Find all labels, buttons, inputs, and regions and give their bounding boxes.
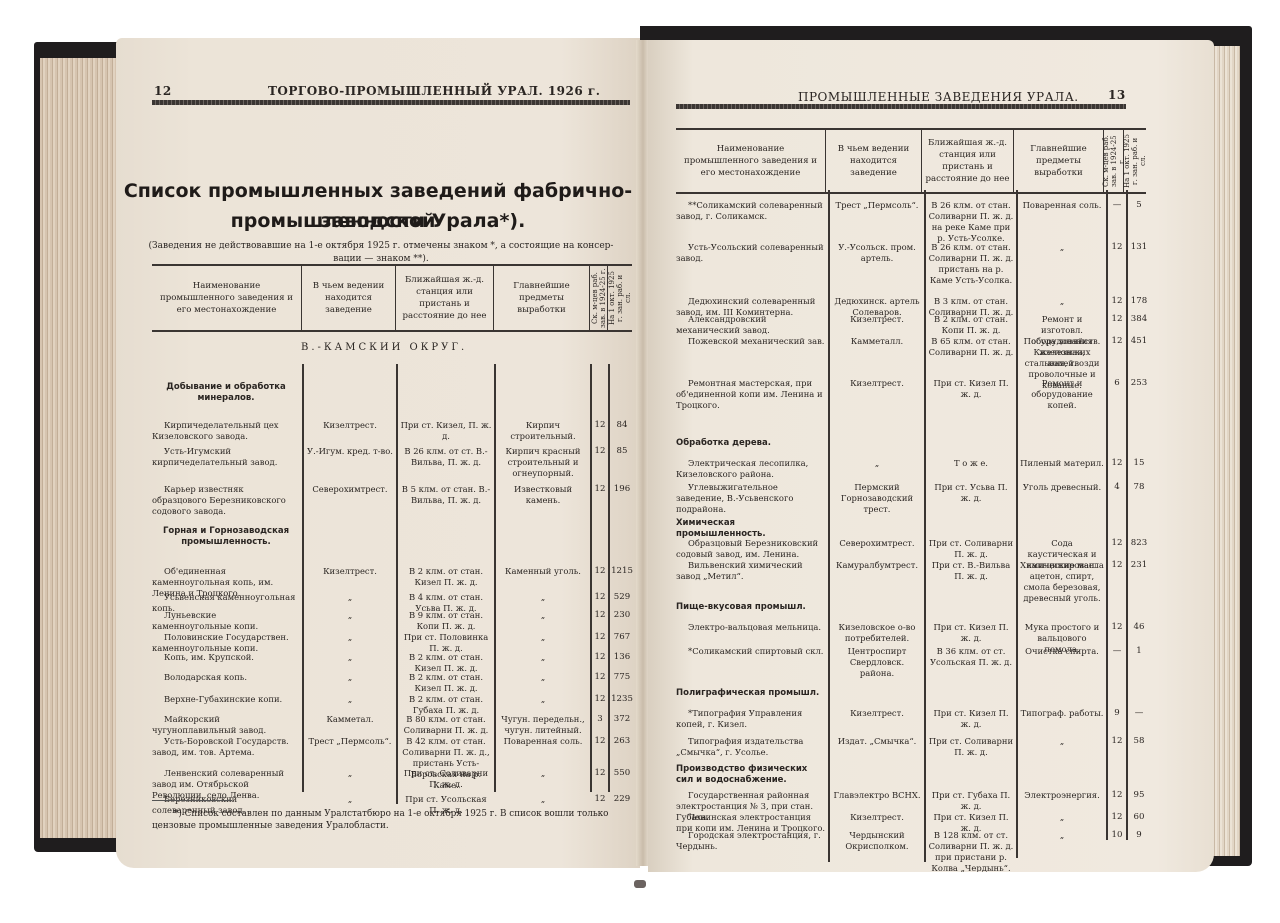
owner: Камметал. [306, 714, 394, 725]
establishment-name: Углевыжигательное заведение, В.-Усьвенск… [676, 482, 826, 515]
workers-count: 1215 [610, 566, 634, 577]
section-heading: Обработка дерева. [676, 438, 826, 449]
establishment-name: Пожевской механический зав. [676, 336, 826, 347]
workers-count: 131 [1128, 242, 1150, 253]
establishment-name: Луньевские каменноугольные копи. [152, 610, 298, 632]
section-heading: Горная и Горнозаводская промышленность. [152, 526, 300, 548]
footnote-rule [152, 800, 232, 801]
nearest-station: В 2 клм. от стан. Кизел П. ж. д. [400, 652, 492, 674]
establishment-name: *Типография Управления копей, г. Кизел. [676, 708, 826, 730]
footnote: *) Список составлен по данным Уралстатбю… [152, 808, 622, 832]
months-worked: 4 [1108, 482, 1126, 493]
products: Типограф. работы. [1020, 708, 1104, 719]
col-owner-header: В чьем ведении находится заведение [826, 130, 922, 192]
months-worked: 12 [592, 484, 608, 495]
page-number: 12 [154, 84, 172, 98]
page-title-2: промышленности Урала*). [116, 206, 640, 236]
col-months-header: Ск. м-цев раб. зав. в 1924-25 г. [1102, 132, 1126, 190]
workers-count: 15 [1128, 458, 1150, 469]
owner: Кизеловское о-во потребителей. [832, 622, 922, 644]
months-worked: 12 [592, 694, 608, 705]
workers-count: 823 [1128, 538, 1150, 549]
column-rule [1016, 190, 1018, 858]
products: Поваренная соль. [1020, 200, 1104, 211]
establishment-name: Верхне-Губахинские копи. [152, 694, 298, 705]
products: „ [1020, 830, 1104, 841]
establishment-name: Городская электростанция, г. Чердынь. [676, 830, 826, 852]
subtitle: (Заведения не действовавшие на 1-е октяб… [146, 240, 616, 266]
owner: У.-Игум. кред. т-во. [306, 446, 394, 457]
column-rule [302, 364, 304, 792]
workers-count: 384 [1128, 314, 1150, 325]
workers-count: 196 [610, 484, 634, 495]
months-worked: 3 [592, 714, 608, 725]
owner: „ [832, 458, 922, 469]
col-name-header: Наименование промышленного заведения и е… [152, 266, 302, 330]
nearest-station: В 2 клм. от стан. Губаха П. ж. д. [400, 694, 492, 716]
owner: Северохимтрест. [832, 538, 922, 549]
owner: „ [306, 794, 394, 805]
months-worked: 12 [1108, 538, 1126, 549]
left-page: 12 ТОРГОВО-ПРОМЫШЛЕННЫЙ УРАЛ. 1926 г. Сп… [116, 38, 640, 868]
col-months-header: Ск. м-цев раб. зав. в 1924-25 г. [591, 268, 607, 328]
workers-count: 767 [610, 632, 634, 643]
running-head: ПРОМЫШЛЕННЫЕ ЗАВЕДЕНИЯ УРАЛА. [798, 90, 1079, 104]
months-worked: 12 [1108, 560, 1126, 571]
footnote-line: *) Список составлен по данным Уралстатбю… [152, 808, 622, 820]
establishment-name: Электро-вальцовая мельница. [676, 622, 826, 633]
owner: Кизелтрест. [306, 420, 394, 431]
months-worked: 12 [1108, 812, 1126, 823]
products: Чугун. передельн., чугун. литейный. [498, 714, 588, 736]
months-worked: 6 [1108, 378, 1126, 389]
col-station-header: Ближайшая ж.-д. станция или пристань и р… [396, 266, 494, 330]
months-worked: 12 [1108, 458, 1126, 469]
months-worked: 12 [592, 652, 608, 663]
establishment-name: Копь, им. Крупской. [152, 652, 298, 663]
months-worked: 12 [592, 672, 608, 683]
workers-count: 1235 [610, 694, 634, 705]
workers-count: 60 [1128, 812, 1150, 823]
months-worked: 12 [592, 632, 608, 643]
months-worked: 12 [592, 794, 608, 805]
col-products-header: Главнейшие предметы выработки [494, 266, 590, 330]
nearest-station: При ст. Губаха П. ж. д. [928, 790, 1014, 812]
nearest-station: При ст. Соливарни П. ж. д. [400, 768, 492, 790]
products: „ [1020, 296, 1104, 307]
section-heading: Химическая промышленность. [676, 518, 826, 540]
nearest-station: При ст. Половинка П. ж. д. [400, 632, 492, 654]
col-workers-header: На 1 окт. 1925 г. зан. раб. и сл. [1123, 132, 1147, 190]
nearest-station: В 80 клм. от стан. Соливарни П. ж. д. [400, 714, 492, 736]
nearest-station: При ст. Усьва П. ж. д. [928, 482, 1014, 504]
workers-count: 136 [610, 652, 634, 663]
nearest-station: При ст. В.-Вильва П. ж. д. [928, 560, 1014, 582]
products: „ [498, 768, 588, 779]
owner: Центроспирт Свердловск. района. [832, 646, 922, 679]
establishment-name: *Соликамский спиртовый скл. [676, 646, 826, 657]
months-worked: 12 [1108, 242, 1126, 253]
months-worked: 10 [1108, 830, 1126, 841]
products: Известковый камень. [498, 484, 588, 506]
establishment-name: Володарская копь. [152, 672, 298, 683]
col-station-header: Ближайшая ж.-д. станция или пристань и р… [922, 130, 1014, 192]
months-worked: 12 [1108, 622, 1126, 633]
nearest-station: При ст. Соливарни П. ж. д. [928, 538, 1014, 560]
owner: „ [306, 694, 394, 705]
nearest-station: В 2 клм. от стан. Кизел П. ж. д. [400, 672, 492, 694]
products: Химические масла ацетон, спирт, смола бе… [1020, 560, 1104, 604]
months-worked: 12 [592, 768, 608, 779]
nearest-station: В 2 клм. от стан. Кизел П. ж. д. [400, 566, 492, 588]
header-rule [152, 100, 630, 105]
owner: „ [306, 592, 394, 603]
products: Кирпич красный строительный и огнеупорны… [498, 446, 588, 479]
workers-count: 775 [610, 672, 634, 683]
products: Ремонт и оборудование копей. [1020, 378, 1104, 411]
column-rule [494, 364, 496, 792]
owner: „ [306, 610, 394, 621]
workers-count: 231 [1128, 560, 1150, 571]
owner: Трест „Пермсоль“. [306, 736, 394, 747]
establishment-name: Александровский механический завод. [676, 314, 826, 336]
footnote-line: цензовые промышленные заведения Уралобла… [152, 820, 622, 832]
nearest-station: В 128 клм. от ст. Соливарни П. ж. д. при… [928, 830, 1014, 872]
nearest-station: В 26 клм. от стан. Соливарни П. ж. д. на… [928, 200, 1014, 244]
workers-count: 372 [610, 714, 634, 725]
workers-count: 5 [1128, 200, 1150, 211]
products: Каменный уголь. [498, 566, 588, 577]
establishment-name: Кирпичеделательный цех Кизеловского заво… [152, 420, 298, 442]
table-header: Наименование промышленного заведения и е… [676, 128, 1146, 194]
nearest-station: При ст. Кизел П. ж. д. [928, 378, 1014, 400]
col-products-header: Главнейшие предметы выработки [1014, 130, 1104, 192]
products: „ [1020, 736, 1104, 747]
products: „ [498, 610, 588, 621]
workers-count: 253 [1128, 378, 1150, 389]
products: „ [1020, 812, 1104, 823]
nearest-station: Т о ж е. [928, 458, 1014, 469]
workers-count: 229 [610, 794, 634, 805]
nearest-station: В 65 клм. от стан. Соливарни П. ж. д. [928, 336, 1014, 358]
workers-count: 84 [610, 420, 634, 431]
months-worked: 12 [1108, 314, 1126, 325]
workers-count: 46 [1128, 622, 1150, 633]
workers-count: 78 [1128, 482, 1150, 493]
nearest-station: В 26 клм. от стан. Соливарни П. ж. д. пр… [928, 242, 1014, 286]
workers-count: — [1128, 708, 1150, 719]
workers-count: 529 [610, 592, 634, 603]
owner: „ [306, 768, 394, 779]
products: „ [498, 694, 588, 705]
nearest-station: При ст. Кизел П. ж. д. [928, 708, 1014, 730]
owner: У.-Усольск. пром. артель. [832, 242, 922, 264]
col-name-header: Наименование промышленного заведения и е… [676, 130, 826, 192]
establishment-name: Образцовый Березниковский содовый завод,… [676, 538, 826, 560]
owner: Кизелтрест. [832, 314, 922, 325]
months-worked: — [1108, 646, 1126, 657]
products: Электроэнергия. [1020, 790, 1104, 801]
nearest-station: В 5 клм. от стан. В.-Вильва, П. ж. д. [400, 484, 492, 506]
establishment-name: Усть-Боровской Государств. завод, им. то… [152, 736, 298, 758]
workers-count: 58 [1128, 736, 1150, 747]
section-heading: Пище-вкусовая промышл. [676, 602, 826, 613]
months-worked: 12 [592, 610, 608, 621]
months-worked: 12 [592, 736, 608, 747]
section-heading: Добывание и обработка минералов. [152, 382, 300, 404]
column-rule [828, 190, 830, 862]
months-worked: 12 [592, 566, 608, 577]
months-worked: 12 [1108, 296, 1126, 307]
owner: „ [306, 672, 394, 683]
column-rule [396, 364, 398, 804]
section-heading: Производство физических сил и водоснабже… [676, 764, 826, 786]
owner: Чердынский Окрисполком. [832, 830, 922, 852]
owner: Северохимтрест. [306, 484, 394, 495]
subtitle-line: (Заведения не действовавшие на 1-е октяб… [146, 240, 616, 253]
header-rule [676, 104, 1126, 109]
page-edges-right [1212, 46, 1240, 856]
nearest-station: При ст. Соливарни П. ж. д. [928, 736, 1014, 758]
establishment-name: Майкорский чугуноплавильный завод. [152, 714, 298, 736]
months-worked: 12 [592, 446, 608, 457]
establishment-name: Электрическая лесопилка, Кизеловского ра… [676, 458, 826, 480]
establishment-name: Типография издательства „Смычка“, г. Усо… [676, 736, 826, 758]
workers-count: 263 [610, 736, 634, 747]
col-owner-header: В чьем ведении находится заведение [302, 266, 396, 330]
running-head: ТОРГОВО-ПРОМЫШЛЕННЫЙ УРАЛ. 1926 г. [268, 84, 600, 98]
months-worked: 12 [1108, 336, 1126, 347]
section-heading: Полиграфическая промышл. [676, 688, 826, 699]
owner: Издат. „Смычка“. [832, 736, 922, 747]
products: „ [498, 652, 588, 663]
workers-count: 85 [610, 446, 634, 457]
page-edges-left [40, 58, 122, 838]
months-worked: 12 [1108, 790, 1126, 801]
products: „ [1020, 242, 1104, 253]
table-header: Наименование промышленного заведения и е… [152, 264, 632, 332]
products: Пиленый материл. [1020, 458, 1104, 469]
establishment-name: Вильвенский химический завод „Метил“. [676, 560, 826, 582]
owner: „ [306, 632, 394, 643]
products: „ [498, 592, 588, 603]
owner: Пермский Горнозаводский трест. [832, 482, 922, 515]
owner: Кизелтрест. [306, 566, 394, 577]
right-page: ПРОМЫШЛЕННЫЕ ЗАВЕДЕНИЯ УРАЛА. 13 Наимено… [648, 40, 1214, 872]
products: Уголь древесный. [1020, 482, 1104, 493]
workers-count: 550 [610, 768, 634, 779]
nearest-station: При ст. Кизел, П. ж. д. [400, 420, 492, 442]
district-heading: В.-КАМСКИИ ОКРУГ. [301, 342, 467, 353]
owner: Кизелтрест. [832, 378, 922, 389]
months-worked: 12 [592, 592, 608, 603]
products: „ [498, 632, 588, 643]
column-rule [924, 190, 926, 862]
owner: Трест „Пермсоль“. [832, 200, 922, 211]
nearest-station: При ст. Кизел П. ж. д. [928, 622, 1014, 644]
owner: Главэлектро ВСНХ. [832, 790, 922, 801]
products: „ [498, 672, 588, 683]
workers-count: 230 [610, 610, 634, 621]
workers-count: 1 [1128, 646, 1150, 657]
months-worked: 12 [592, 420, 608, 431]
owner: Камметалл. [832, 336, 922, 347]
products: „ [498, 794, 588, 805]
nearest-station: В 26 клм. от ст. В.-Вильва, П. ж. д. [400, 446, 492, 468]
owner: „ [306, 652, 394, 663]
col-workers-header: На 1 окт. 1925 г. зан. раб. и сл. [608, 268, 632, 328]
products: Поваренная соль. [498, 736, 588, 747]
months-worked: 9 [1108, 708, 1126, 719]
establishment-name: Усть-Усольский солеваренный завод. [676, 242, 826, 264]
page-number: 13 [1108, 88, 1126, 102]
nearest-station: В 9 клм. от стан. Копи П. ж. д. [400, 610, 492, 632]
workers-count: 178 [1128, 296, 1150, 307]
headband [634, 880, 646, 888]
establishment-name: **Соликамский солеваренный завод, г. Сол… [676, 200, 826, 222]
owner: Кизелтрест. [832, 708, 922, 719]
establishment-name: Ремонтная мастерская, при об'единенной к… [676, 378, 826, 411]
owner: Кизелтрест. [832, 812, 922, 823]
establishment-name: Половинские Государствен. каменноугольны… [152, 632, 298, 654]
workers-count: 9 [1128, 830, 1150, 841]
products: Кирпич строительный. [498, 420, 588, 442]
nearest-station: В 2 клм. от стан. Копи П. ж. д. [928, 314, 1014, 336]
establishment-name: Усть-Игумский кирпичеделательный завод. [152, 446, 298, 468]
establishment-name: Карьер известняк образцового Березниковс… [152, 484, 298, 517]
owner: Камуралбумтрест. [832, 560, 922, 571]
months-worked: 12 [1108, 736, 1126, 747]
workers-count: 95 [1128, 790, 1150, 801]
workers-count: 451 [1128, 336, 1150, 347]
months-worked: — [1108, 200, 1126, 211]
nearest-station: В 36 клм. от ст. Усольская П. ж. д. [928, 646, 1014, 668]
products: Очистка спирта. [1020, 646, 1104, 657]
